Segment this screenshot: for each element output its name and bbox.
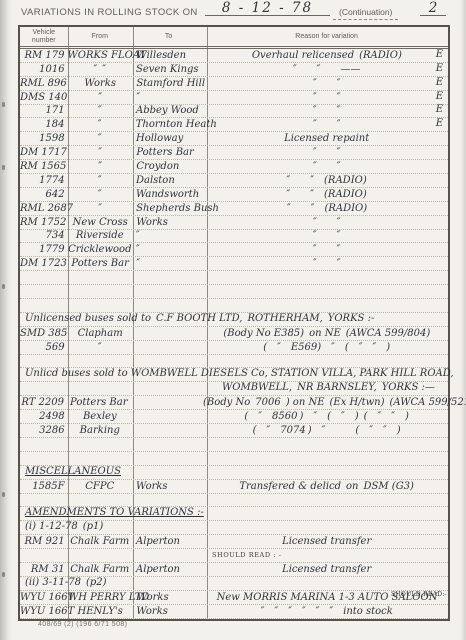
empty-row [20,299,448,313]
reason-cell: ″ ″ [205,244,448,256]
from-cell: WORKS FLOAT [68,50,133,62]
vehicle-number-cell: 1779 [20,244,68,256]
reason-cell: ″ ″ (RADIO) [206,203,448,215]
from-cell: ″ [68,175,132,187]
reason-cell: Overhaul relicensed (RADIO) [206,50,448,62]
col-header-reason: Reason for variation [205,27,448,46]
table-row: 734Riverside″″ ″ [20,230,448,244]
annotation-text: (i) 1-12-78 (p1) [25,521,103,533]
reason-cell: ″ ″ [206,217,448,229]
reason-cell: (Body No 7006 ) on NE (Ex H/twn) (AWCA 5… [203,397,448,409]
table-row: WYU 166TWH PERRY LTDWorksNew MORRIS MARI… [20,591,448,605]
reason-cell: ″ ″ (RADIO) [205,189,448,201]
table-row: RM 1565″Croydon″ ″ [20,160,448,174]
from-cell: ″ [68,203,132,215]
vehicle-number-cell: RM 1565 [20,161,68,173]
reason-cell: (Body No E385) on NE (AWCA 599/804) [206,328,448,340]
form-header: VARIATIONS IN ROLLING STOCK ON 8 - 12 - … [0,0,466,25]
reason-cell: ″ ″ (RADIO) [205,175,448,187]
table-row: RM 921Chalk FarmAlpertonLicensed transfe… [20,535,448,549]
licence-flag-e: E [436,49,443,61]
vehicle-number-cell: 2498 [20,411,68,423]
annotation-row: MISCELLANEOUS [20,466,448,480]
to-cell: Dalston [132,175,205,187]
vehicle-number-cell: RM 31 [20,564,68,576]
from-cell: ″ [68,92,132,104]
reason-cell: Transfered & delicd on DSM (G3) [205,481,448,493]
form-reference-number: 408/69 (2) (196 6/71 508) [38,621,127,628]
table-row: 1598″HollowayLicensed repaint [20,132,448,146]
annotation-text: Unlicensed buses sold to C.F BOOTH LTD, … [25,313,374,325]
from-cell: Clapham [68,328,132,340]
table-row: WYU 166THENLY'sWorks″ ″ ″ ″ ″ ″ into sto… [20,605,448,619]
vehicle-number-cell: RT 2209 [20,397,67,409]
reason-cell: ″ ″ [205,105,448,117]
from-cell: Riverside [68,230,132,242]
table-row: DM 1723Potters Bar″″ ″ [20,257,448,271]
vehicle-number-cell: 3286 [20,425,68,437]
vehicle-number-cell: 734 [20,230,68,242]
reason-cell: ″ ″ [206,161,448,173]
from-cell: ″ [68,189,132,201]
binding-shadow [0,0,12,640]
table-row: DMS 140″″″ ″E [20,91,448,105]
scan-artifact [2,102,5,107]
table-row: RT 2209Potters Bar(Body No 7006 ) on NE … [20,396,448,410]
table-row: RM 31Chalk FarmAlpertonLicensed transfer [20,563,448,577]
empty-row [20,494,448,508]
table-row: 1774″Dalston″ ″ (RADIO) [20,174,448,188]
to-cell: Abbey Wood [132,105,205,117]
reason-cell: ( ″ E569) ″ ( ″ ″ ) [205,342,448,354]
vehicle-number-cell: 569 [20,342,68,354]
from-cell: Barking [68,425,132,437]
table-row: 569″( ″ E569) ″ ( ″ ″ ) [20,341,448,355]
scan-artifact [2,165,5,170]
form-date-handwritten: 8 - 12 - 78 [205,2,330,16]
col-header-vehicle-number: Vehicle number [20,27,68,46]
vehicle-number-cell: 1774 [20,175,68,187]
to-cell: Works [133,592,206,604]
to-cell: ″ [132,230,205,242]
scan-artifact [2,492,5,497]
annotation-row: Unlicensed buses sold to C.F BOOTH LTD, … [20,313,448,327]
table-row: SMD 385Clapham(Body No E385) on NE (AWCA… [20,327,448,341]
from-cell: ″ [68,342,132,354]
vehicle-number-cell: WYU 166T [20,606,68,618]
from-cell: New Cross [68,217,132,229]
vehicle-number-cell: RM 179 [20,50,68,62]
table-row: 1016″ ″Seven Kings″ ″ ——E [20,63,448,77]
table-row: DM 1717″Potters Bar″ ″ [20,146,448,160]
reason-cell: ″ ″ [206,119,448,131]
col-header-from: From [68,27,132,46]
vehicle-number-cell: SMD 385 [20,328,68,340]
from-cell: ″ [68,161,132,173]
from-cell: ″ ″ [68,64,132,76]
vehicle-number-cell: WYU 166T [20,592,68,604]
licence-flag-e: E [436,77,443,89]
annotation-row: SHOULD READ : - [20,549,448,563]
table-row: RML 896WorksStamford Hill″ ″E [20,77,448,91]
col-header-to: To [132,27,205,46]
to-cell: Alperton [132,564,205,576]
from-cell: Cricklewood [68,244,132,256]
reason-cell: ( ″ 7074 ) ″ ( ″ ″ ) [205,425,448,437]
licence-flag-e: E [436,63,443,75]
to-cell: Works [132,606,205,618]
vehicle-number-cell: RML 896 [20,78,68,90]
empty-row [20,271,448,285]
to-cell: Croydon [132,161,205,173]
section-heading: MISCELLANEOUS [25,466,121,478]
reason-cell: ″ ″ [206,78,448,90]
annotation-row: (ii) 3-11-78 (p2) [20,577,448,591]
licence-flag-e: E [436,104,443,116]
table-row: 3286Barking( ″ 7074 ) ″ ( ″ ″ ) [20,424,448,438]
table-row: RM 1752New CrossWorks″ ″ [20,216,448,230]
annotation-row: WOMBWELL, NR BARNSLEY, YORKS :— [20,382,448,396]
variations-table: Vehicle number From To Reason for variat… [18,25,450,621]
to-cell: Wandsworth [132,189,205,201]
annotation-row: Unlicd buses sold to WOMBWELL DIESELS Co… [20,368,448,382]
to-cell: Holloway [132,133,205,145]
reason-cell: Licensed transfer [205,564,448,576]
reason-cell: ″ ″ ″ ″ ″ ″ into stock [206,606,448,618]
from-cell: HENLY's [68,606,132,618]
vehicle-number-cell: 184 [20,119,68,131]
from-cell: Potters Bar [68,258,132,270]
form-title: VARIATIONS IN ROLLING STOCK ON [21,7,198,18]
table-row: 1779Cricklewood″″ ″ [20,243,448,257]
empty-row [20,438,448,452]
should-read-note: SHOULD READ : - [212,549,282,561]
vehicle-number-cell: RM 921 [20,536,68,548]
to-cell: ″ [132,92,205,104]
table-row: 2498Bexley( ″ 8560 ) ″ ( ″ ) ( ″ ″ ) [20,410,448,424]
empty-row [20,355,448,369]
licence-flag-e: E [436,118,443,130]
to-cell: Stamford Hill [132,78,205,90]
section-heading: AMENDMENTS TO VARIATIONS :- [25,507,204,519]
to-cell: Potters Bar [132,147,205,159]
reason-cell: ″ ″ [206,258,448,270]
annotation-row: (i) 1-12-78 (p1) [20,521,448,535]
scan-artifact [2,572,5,577]
table-row: 1585FCFPCWorksTransfered & delicd on DSM… [20,480,448,494]
to-cell: Shepherds Bush [132,203,206,215]
to-cell: ″ [132,244,205,256]
from-cell: CFPC [68,481,132,493]
from-cell: ″ [68,133,132,145]
vehicle-number-cell: 1016 [20,64,68,76]
scan-artifact [2,284,5,289]
vehicle-number-cell: DM 1717 [20,147,68,159]
table-row: RM 179WORKS FLOATWillesdenOverhaul relic… [20,49,448,63]
from-cell: Chalk Farm [68,536,132,548]
from-cell: Potters Bar [67,397,131,409]
vehicle-number-cell: DM 1723 [20,258,68,270]
page-edge-shadow [460,0,466,640]
from-cell: Chalk Farm [68,564,132,576]
to-cell: Seven Kings [132,64,205,76]
from-cell: Bexley [68,411,132,423]
from-cell: ″ [68,147,132,159]
reason-cell: ″ ″ [206,92,448,104]
vehicle-number-cell: RML 2687 [20,203,68,215]
reason-cell: Licensed repaint [205,133,448,145]
reason-cell: ( ″ 8560 ) ″ ( ″ ) ( ″ ″ ) [205,411,448,423]
table-body: RM 179WORKS FLOATWillesdenOverhaul relic… [20,49,448,619]
vehicle-number-cell: 1598 [20,133,68,145]
empty-row [20,285,448,299]
table-row: 184″Thornton Heath″ ″E [20,118,448,132]
annotation-text: WOMBWELL, NR BARNSLEY, YORKS :— [222,382,435,394]
from-cell: WH PERRY LTD [68,592,133,604]
scanned-rolling-stock-form: VARIATIONS IN ROLLING STOCK ON 8 - 12 - … [0,0,466,640]
annotation-row: AMENDMENTS TO VARIATIONS :- [20,507,448,521]
table-row: 642″Wandsworth″ ″ (RADIO) [20,188,448,202]
to-cell: ″ [132,258,205,270]
vehicle-number-cell: RM 1752 [20,217,68,229]
reason-cell: ″ ″ —— [205,64,448,76]
to-cell: Thornton Heath [132,119,206,131]
reason-cell: ″ ″ [206,147,448,159]
annotation-text: Unlicd buses sold to WOMBWELL DIESELS Co… [25,368,454,380]
page-number-handwritten: 2 [420,2,446,16]
from-cell: Works [68,78,132,90]
annotation-text: (ii) 3-11-78 (p2) [25,577,107,589]
from-cell: ″ [68,105,132,117]
to-cell: Works [132,217,205,229]
reason-cell: Licensed transfer [205,536,448,548]
licence-flag-e: E [436,91,443,103]
vehicle-number-cell: 1585F [20,481,68,493]
table-row: RML 2687″Shepherds Bush″ ″ (RADIO) [20,202,448,216]
vehicle-number-cell: DMS 140 [20,92,68,104]
to-cell: Alperton [132,536,205,548]
vehicle-number-cell: 171 [20,105,68,117]
from-cell: ″ [68,119,132,131]
empty-row [20,452,448,466]
table-row: 171″Abbey Wood″ ″E [20,105,448,119]
reason-cell: ″ ″ [205,230,448,242]
table-header-row: Vehicle number From To Reason for variat… [20,27,448,49]
to-cell: Willesden [133,50,206,62]
vehicle-number-cell: 642 [20,189,68,201]
continuation-label: (Continuation) [333,7,398,20]
should-read-note: SHOULD READ:- [391,589,447,601]
to-cell: Works [132,481,205,493]
